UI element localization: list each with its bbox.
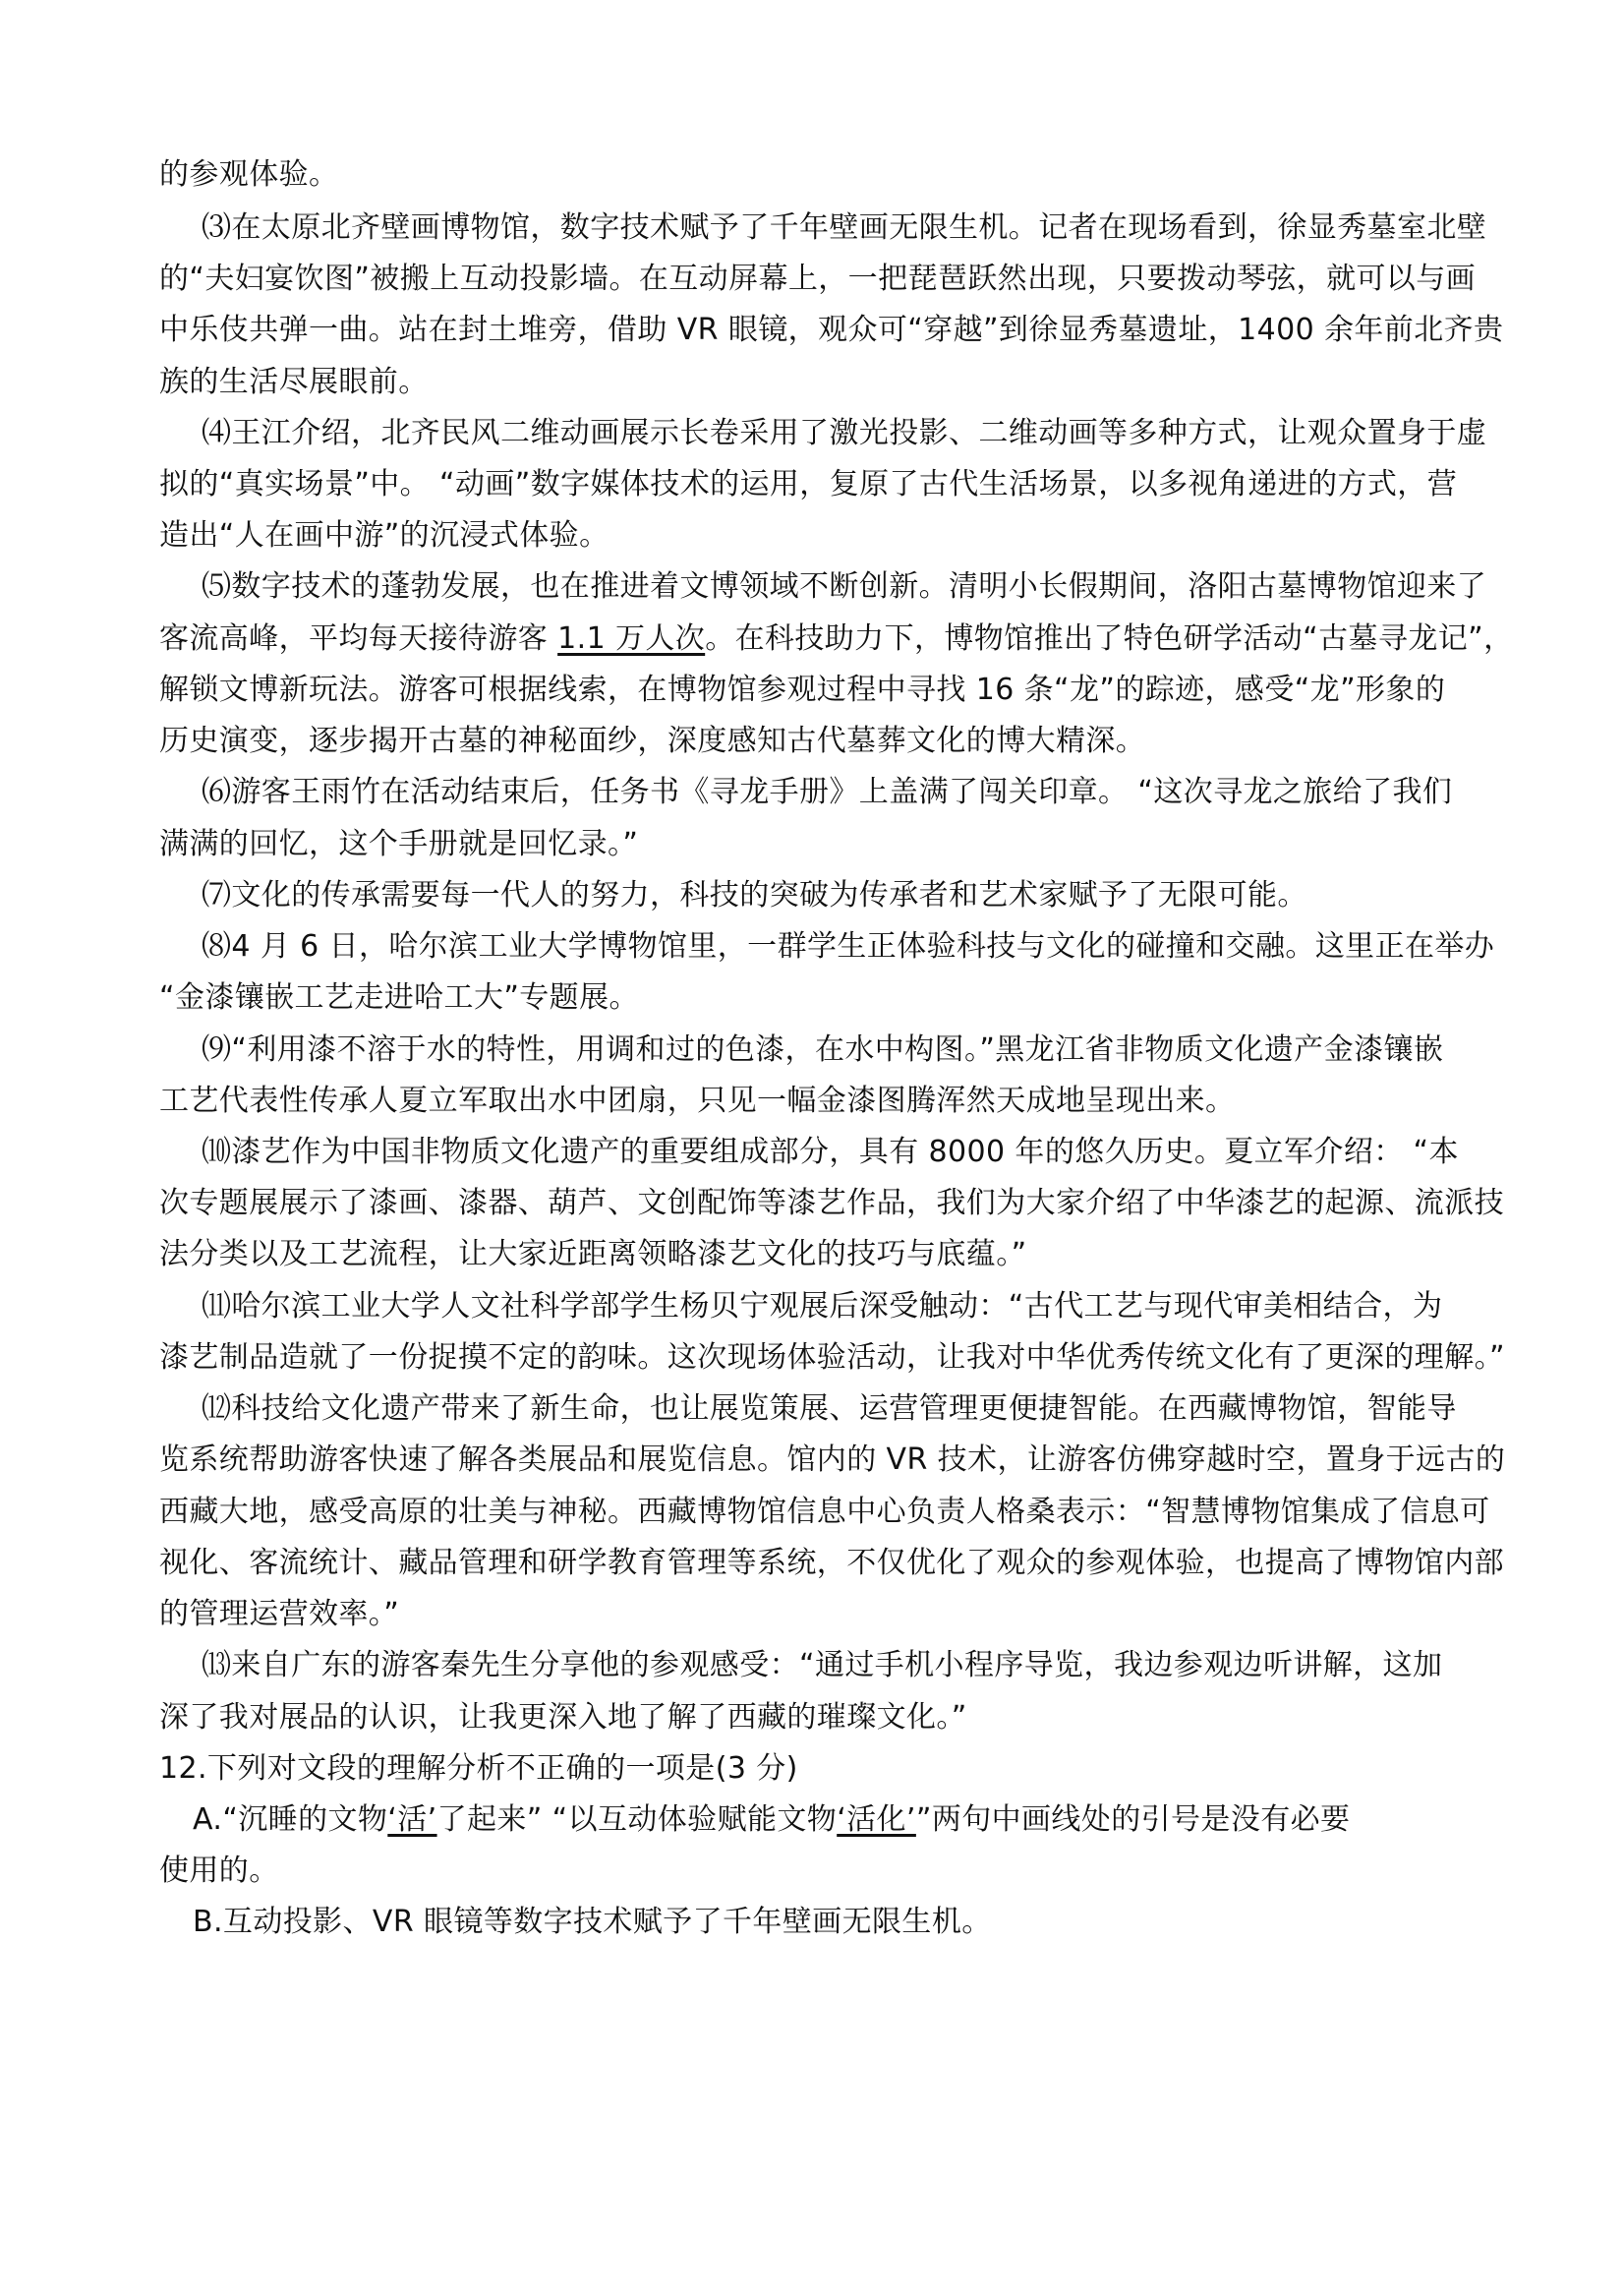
passage-line: ⑺文化的传承需要每一代人的努力，科技的突破为传承者和艺术家赋予了无限可能。 (202, 876, 1507, 915)
passage-line: 拟的“真实场景”中。 “动画”数字媒体技术的运用，复原了古代生活场景，以多视角递… (159, 465, 1465, 504)
passage-line: ⑹游客王雨竹在活动结束后，任务书《寻龙手册》上盖满了闯关印章。 “这次寻龙之旅给… (202, 773, 1507, 812)
option-a-text-1: A.“沉睡的文物 (193, 1802, 387, 1837)
document-page: 的参观体验。⑶在太原北齐壁画博物馆，数字技术赋予了千年壁画无限生机。记者在现场看… (0, 0, 1624, 2296)
passage-line: ⑻4 月 6 日，哈尔滨工业大学博物馆里，一群学生正体验科技与文化的碰撞和交融。… (202, 927, 1507, 967)
passage-line: ⑿科技给文化遗产带来了新生命，也让展览策展、运营管理更便捷智能。在西藏博物馆，智… (202, 1389, 1507, 1429)
passage-line: 解锁文博新玩法。游客可根据线索，在博物馆参观过程中寻找 16 条“龙”的踪迹，感… (159, 671, 1465, 710)
option-a-text-2: 了起来” “以互动体验赋能文物 (437, 1802, 838, 1837)
passage-line: 工艺代表性传承人夏立军取出水中团扇，只见一幅金漆图腾浑然天成地呈现出来。 (159, 1082, 1465, 1121)
passage-line: 造出“人在画中游”的沉浸式体验。 (159, 516, 1465, 556)
passage-line: ⑽漆艺作为中国非物质文化遗产的重要组成部分，具有 8000 年的悠久历史。夏立军… (202, 1133, 1507, 1172)
option-b: B.互动投影、VR 眼镜等数字技术赋予了千年壁画无限生机。 (193, 1903, 1498, 1942)
passage-line: 西藏大地，感受高原的壮美与神秘。西藏博物馆信息中心负责人格桑表示：“智慧博物馆集… (159, 1493, 1465, 1532)
passage-line: 客流高峰，平均每天接待游客 1.1 万人次。在科技助力下，博物馆推出了特色研学活… (159, 619, 1465, 659)
passage-line: 览系统帮助游客快速了解各类展品和展览信息。馆内的 VR 技术，让游客仿佛穿越时空… (159, 1441, 1465, 1480)
passage-line: 视化、客流统计、藏品管理和研学教育管理等系统，不仅优化了观众的参观体验，也提高了… (159, 1544, 1465, 1583)
passage-line: ⑶在太原北齐壁画博物馆，数字技术赋予了千年壁画无限生机。记者在现场看到，徐显秀墓… (202, 208, 1507, 248)
passage-line: 的参观体验。 (159, 155, 1465, 195)
passage-line: 的管理运营效率。” (159, 1595, 1465, 1634)
option-a-underlined-2: ‘活化’ (837, 1802, 916, 1837)
option-a-continuation: 使用的。 (159, 1852, 1465, 1891)
passage-line: “金漆镶嵌工艺走进哈工大”专题展。 (159, 978, 1465, 1018)
passage-line: 中乐伎共弹一曲。站在封土堆旁，借助 VR 眼镜，观众可“穿越”到徐显秀墓遗址，1… (159, 311, 1465, 350)
passage-line: 次专题展展示了漆画、漆器、葫芦、文创配饰等漆艺作品，我们为大家介绍了中华漆艺的起… (159, 1184, 1465, 1223)
underlined-phrase: 1.1 万人次 (557, 621, 705, 656)
passage-line: ⑾哈尔滨工业大学人文社科学部学生杨贝宁观展后深受触动：“古代工艺与现代审美相结合… (202, 1287, 1507, 1326)
passage-line: ⑷王江介绍，北齐民风二维动画展示长卷采用了激光投影、二维动画等多种方式，让观众置… (202, 414, 1507, 453)
passage-line: ⑸数字技术的蓬勃发展，也在推进着文博领域不断创新。清明小长假期间，洛阳古墓博物馆… (202, 567, 1507, 607)
passage-line: 历史演变，逐步揭开古墓的神秘面纱，深度感知古代墓葬文化的博大精深。 (159, 722, 1465, 761)
passage-line: 满满的回忆，这个手册就是回忆录。” (159, 825, 1465, 864)
option-a-text-3: ”两句中画线处的引号是没有必要 (916, 1802, 1351, 1837)
option-a: A.“沉睡的文物‘活’了起来” “以互动体验赋能文物‘活化’”两句中画线处的引号… (193, 1800, 1498, 1840)
question-stem: 12.下列对文段的理解分析不正确的一项是(3 分) (159, 1749, 1465, 1789)
line-text: 客流高峰，平均每天接待游客 (159, 621, 557, 656)
passage-line: 漆艺制品造就了一份捉摸不定的韵味。这次现场体验活动，让我对中华优秀传统文化有了更… (159, 1338, 1465, 1378)
passage-line: 深了我对展品的认识，让我更深入地了解了西藏的璀璨文化。” (159, 1698, 1465, 1737)
passage-line: 族的生活尽展眼前。 (159, 363, 1465, 402)
passage-line: 法分类以及工艺流程，让大家近距离领略漆艺文化的技巧与底蕴。” (159, 1235, 1465, 1274)
passage-line: 的“夫妇宴饮图”被搬上互动投影墙。在互动屏幕上，一把琵琶跃然出现，只要拨动琴弦，… (159, 260, 1465, 299)
option-a-underlined-1: ‘活’ (387, 1802, 436, 1837)
line-text: 。在科技助力下，博物馆推出了特色研学活动“古墓寻龙记”， (705, 621, 1513, 656)
passage-line: ⒀来自广东的游客秦先生分享他的参观感受：“通过手机小程序导览，我边参观边听讲解，… (202, 1646, 1507, 1685)
passage-line: ⑼“利用漆不溶于水的特性，用调和过的色漆，在水中构图。”黑龙江省非物质文化遗产金… (202, 1030, 1507, 1070)
